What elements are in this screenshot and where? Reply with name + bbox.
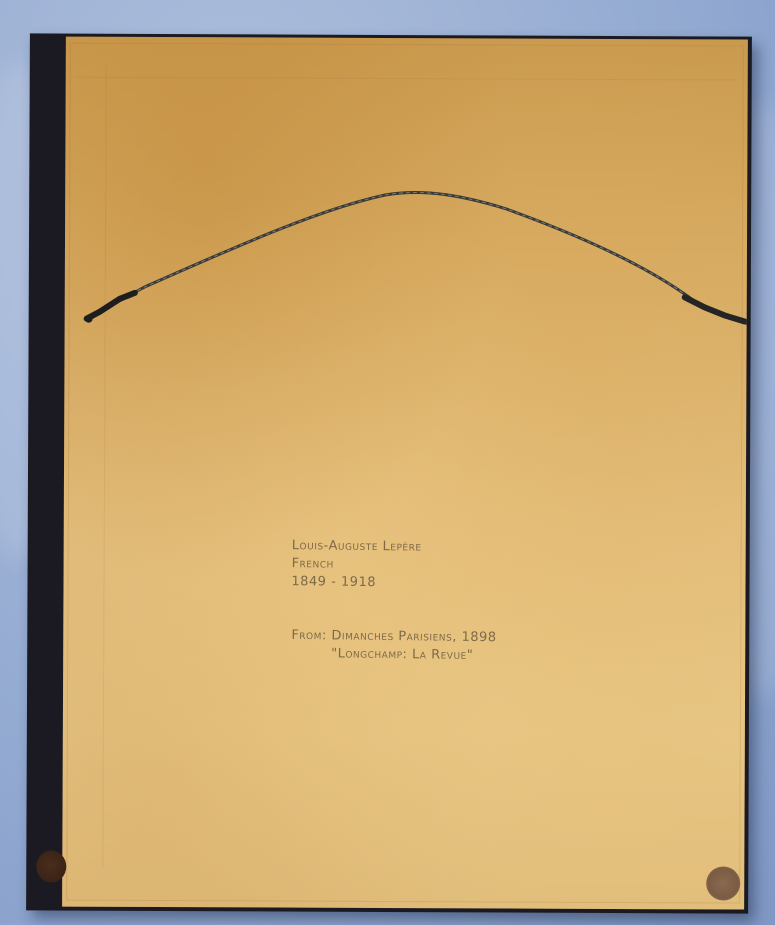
artist-name: Louis-Auguste Lepère (292, 537, 422, 556)
bumper-pad-bottom-right (706, 866, 740, 900)
artist-nationality: French (292, 555, 422, 574)
source-publication: From: Dimanches Parisiens, 1898 (291, 627, 496, 647)
picture-frame-back: Louis-Auguste Lepère French 1849 - 1918 … (26, 33, 752, 913)
print-title: "Longchamp: La Revue" (291, 645, 496, 665)
bumper-pad-bottom-left (36, 850, 66, 882)
source-label: From: Dimanches Parisiens, 1898 "Longcha… (291, 627, 497, 665)
artist-label: Louis-Auguste Lepère French 1849 - 1918 (291, 537, 421, 592)
artist-dates: 1849 - 1918 (291, 573, 421, 592)
kraft-paper-backing: Louis-Auguste Lepère French 1849 - 1918 … (62, 37, 748, 910)
paper-border (66, 43, 744, 904)
